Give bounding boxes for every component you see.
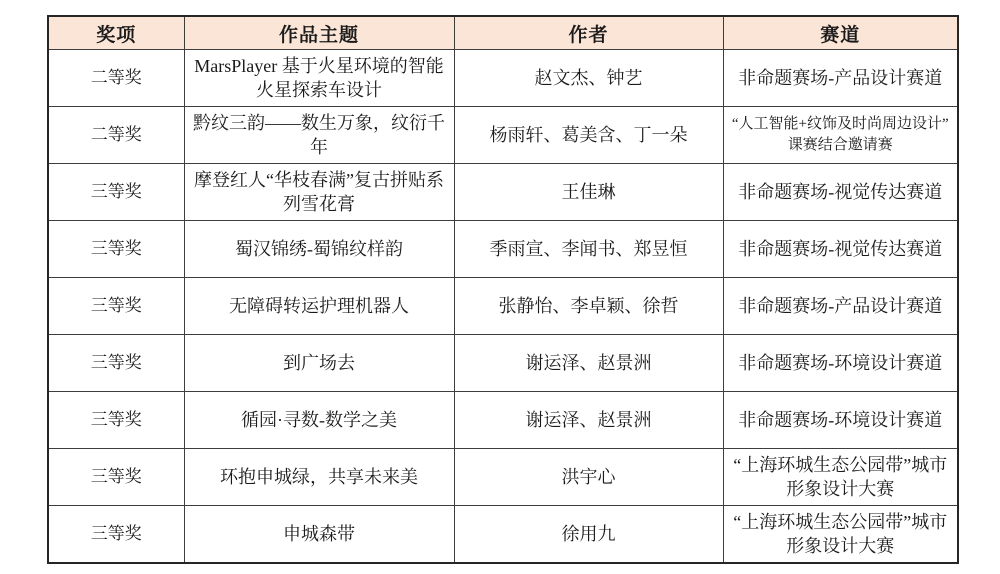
award-cell: 三等奖 (48, 335, 184, 392)
title-cell: 无障碍转运护理机器人 (184, 278, 454, 335)
title-cell: 循园·寻数-数学之美 (184, 392, 454, 449)
authors-cell: 张静怡、李卓颖、徐哲 (454, 278, 723, 335)
title-cell: 申城森带 (184, 506, 454, 564)
authors-cell: 谢运泽、赵景洲 (454, 335, 723, 392)
award-cell: 三等奖 (48, 278, 184, 335)
authors-cell: 杨雨轩、葛美含、丁一朵 (454, 107, 723, 164)
column-header-award: 奖项 (48, 16, 184, 50)
track-cell: “人工智能+纹饰及时尚周边设计” 课赛结合邀请赛 (723, 107, 958, 164)
award-cell: 三等奖 (48, 392, 184, 449)
table-row: 三等奖 蜀汉锦绣-蜀锦纹样韵 季雨宣、李闻书、郑昱恒 非命题赛场-视觉传达赛道 (48, 221, 958, 278)
title-cell: 黔纹三韵——数生万象，纹衍千年 (184, 107, 454, 164)
table-row: 三等奖 摩登红人“华枝春满”复古拼贴系列雪花膏 王佳琳 非命题赛场-视觉传达赛道 (48, 164, 958, 221)
award-cell: 三等奖 (48, 449, 184, 506)
authors-cell: 徐用九 (454, 506, 723, 564)
title-cell: 到广场去 (184, 335, 454, 392)
header-row: 奖项 作品主题 作者 赛道 (48, 16, 958, 50)
authors-cell: 赵文杰、钟艺 (454, 50, 723, 107)
column-header-title: 作品主题 (184, 16, 454, 50)
title-cell: MarsPlayer 基于火星环境的智能火星探索车设计 (184, 50, 454, 107)
award-cell: 二等奖 (48, 107, 184, 164)
table-row: 三等奖 无障碍转运护理机器人 张静怡、李卓颖、徐哲 非命题赛场-产品设计赛道 (48, 278, 958, 335)
title-cell: 蜀汉锦绣-蜀锦纹样韵 (184, 221, 454, 278)
column-header-authors: 作者 (454, 16, 723, 50)
award-cell: 三等奖 (48, 506, 184, 564)
award-cell: 二等奖 (48, 50, 184, 107)
table-row: 三等奖 到广场去 谢运泽、赵景洲 非命题赛场-环境设计赛道 (48, 335, 958, 392)
table-row: 二等奖 黔纹三韵——数生万象，纹衍千年 杨雨轩、葛美含、丁一朵 “人工智能+纹饰… (48, 107, 958, 164)
table-row: 二等奖 MarsPlayer 基于火星环境的智能火星探索车设计 赵文杰、钟艺 非… (48, 50, 958, 107)
track-cell: “上海环城生态公园带”城市形象设计大赛 (723, 449, 958, 506)
document-page: 奖项 作品主题 作者 赛道 二等奖 MarsPlayer 基于火星环境的智能火星… (0, 0, 1000, 574)
track-cell: 非命题赛场-视觉传达赛道 (723, 221, 958, 278)
award-cell: 三等奖 (48, 164, 184, 221)
track-cell: 非命题赛场-环境设计赛道 (723, 392, 958, 449)
authors-cell: 季雨宣、李闻书、郑昱恒 (454, 221, 723, 278)
track-cell: 非命题赛场-产品设计赛道 (723, 50, 958, 107)
authors-cell: 谢运泽、赵景洲 (454, 392, 723, 449)
authors-cell: 王佳琳 (454, 164, 723, 221)
column-header-track: 赛道 (723, 16, 958, 50)
authors-cell: 洪宇心 (454, 449, 723, 506)
award-cell: 三等奖 (48, 221, 184, 278)
table-row: 三等奖 申城森带 徐用九 “上海环城生态公园带”城市形象设计大赛 (48, 506, 958, 564)
title-cell: 摩登红人“华枝春满”复古拼贴系列雪花膏 (184, 164, 454, 221)
track-cell: “上海环城生态公园带”城市形象设计大赛 (723, 506, 958, 564)
track-cell: 非命题赛场-环境设计赛道 (723, 335, 958, 392)
track-cell: 非命题赛场-视觉传达赛道 (723, 164, 958, 221)
table-row: 三等奖 循园·寻数-数学之美 谢运泽、赵景洲 非命题赛场-环境设计赛道 (48, 392, 958, 449)
table-row: 三等奖 环抱申城绿，共享未来美 洪宇心 “上海环城生态公园带”城市形象设计大赛 (48, 449, 958, 506)
track-cell: 非命题赛场-产品设计赛道 (723, 278, 958, 335)
awards-table: 奖项 作品主题 作者 赛道 二等奖 MarsPlayer 基于火星环境的智能火星… (47, 15, 959, 564)
title-cell: 环抱申城绿，共享未来美 (184, 449, 454, 506)
